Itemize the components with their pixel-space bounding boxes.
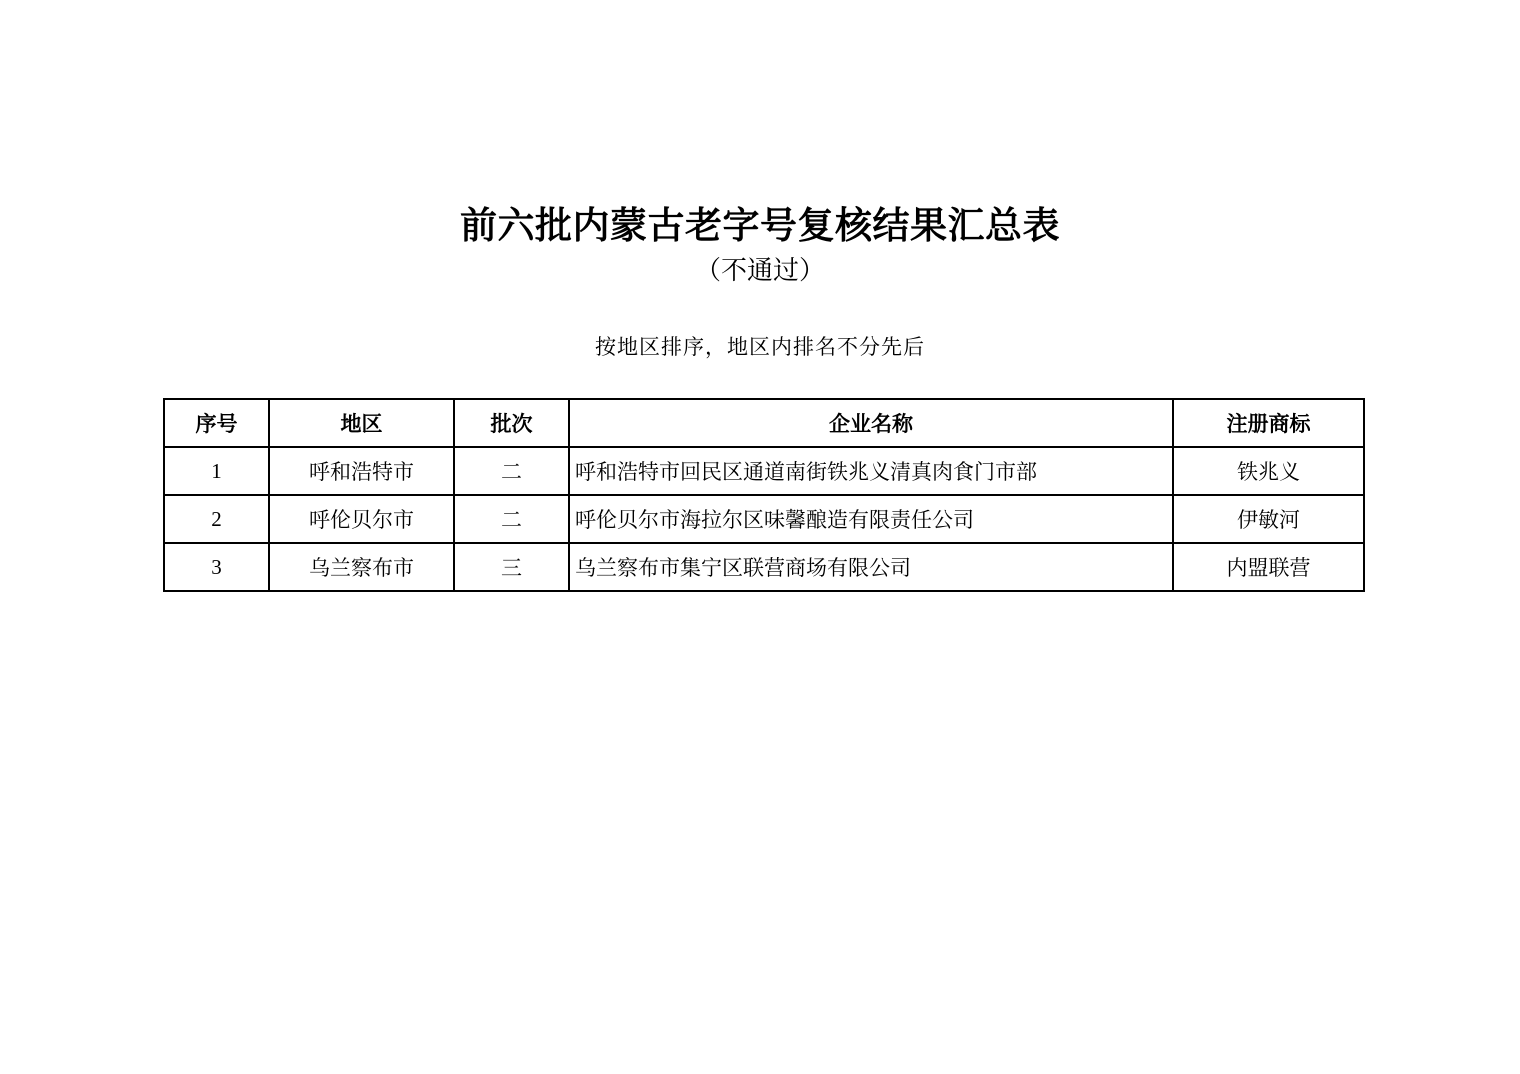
document-title: 前六批内蒙古老字号复核结果汇总表	[0, 204, 1520, 250]
column-header-batch: 批次	[454, 399, 569, 447]
column-header-company: 企业名称	[569, 399, 1173, 447]
cell-company: 乌兰察布市集宁区联营商场有限公司	[569, 543, 1173, 591]
cell-trademark: 内盟联营	[1173, 543, 1364, 591]
results-table: 序号 地区 批次 企业名称 注册商标 1 呼和浩特市 二 呼和浩特市回民区通道南…	[163, 398, 1365, 592]
cell-seq: 1	[164, 447, 269, 495]
cell-region: 呼和浩特市	[269, 447, 454, 495]
cell-batch: 二	[454, 447, 569, 495]
table-row: 3 乌兰察布市 三 乌兰察布市集宁区联营商场有限公司 内盟联营	[164, 543, 1364, 591]
table-row: 2 呼伦贝尔市 二 呼伦贝尔市海拉尔区味馨酿造有限责任公司 伊敏河	[164, 495, 1364, 543]
table-row: 1 呼和浩特市 二 呼和浩特市回民区通道南街铁兆义清真肉食门市部 铁兆义	[164, 447, 1364, 495]
cell-batch: 三	[454, 543, 569, 591]
table-header-row: 序号 地区 批次 企业名称 注册商标	[164, 399, 1364, 447]
cell-batch: 二	[454, 495, 569, 543]
cell-seq: 3	[164, 543, 269, 591]
column-header-region: 地区	[269, 399, 454, 447]
sort-note: 按地区排序，地区内排名不分先后	[0, 332, 1520, 362]
cell-company: 呼和浩特市回民区通道南街铁兆义清真肉食门市部	[569, 447, 1173, 495]
document-subtitle: （不通过）	[0, 253, 1520, 289]
column-header-trademark: 注册商标	[1173, 399, 1364, 447]
cell-seq: 2	[164, 495, 269, 543]
cell-region: 乌兰察布市	[269, 543, 454, 591]
cell-company: 呼伦贝尔市海拉尔区味馨酿造有限责任公司	[569, 495, 1173, 543]
cell-trademark: 铁兆义	[1173, 447, 1364, 495]
column-header-seq: 序号	[164, 399, 269, 447]
cell-region: 呼伦贝尔市	[269, 495, 454, 543]
cell-trademark: 伊敏河	[1173, 495, 1364, 543]
document-page: 前六批内蒙古老字号复核结果汇总表 （不通过） 按地区排序，地区内排名不分先后 序…	[0, 0, 1520, 1074]
